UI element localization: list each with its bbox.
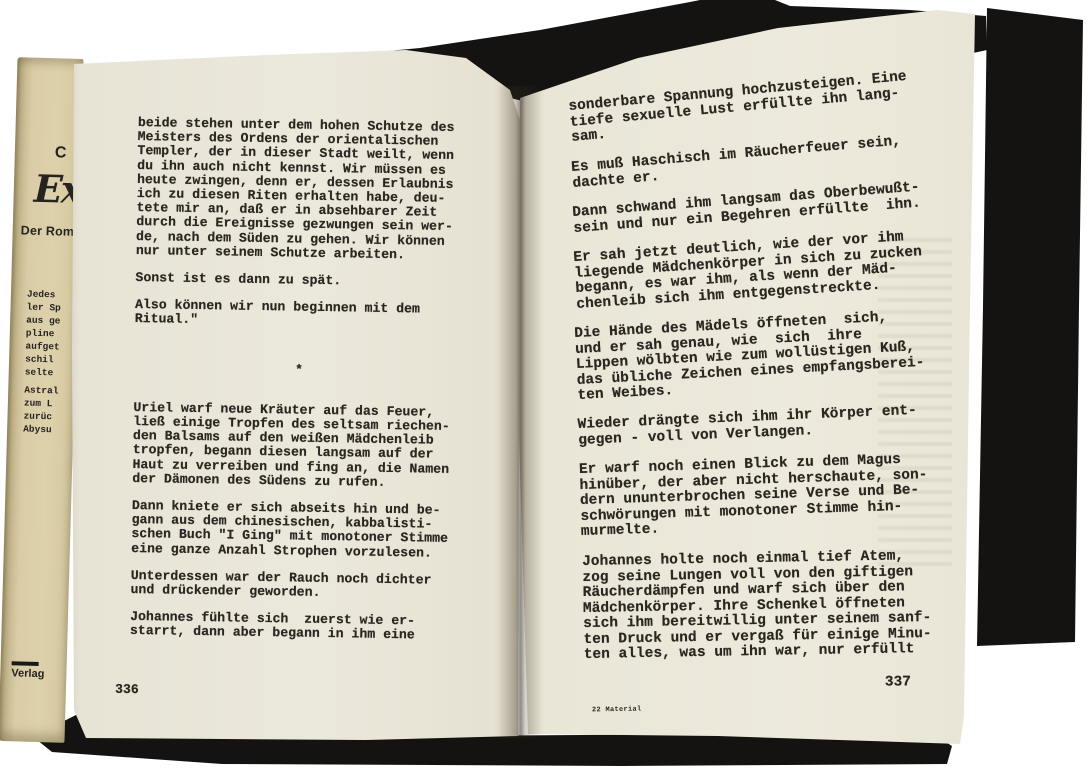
paragraph: Uriel warf neue Kräuter auf das Feuer, l… [132, 401, 463, 491]
paragraph: Johannes holte noch einmal tief Atem, zo… [582, 549, 926, 663]
paragraph: beide stehen unter dem hohen Schutze des… [136, 116, 468, 263]
jacket-divider-rule [12, 661, 39, 666]
paragraph: Er sah jetzt deutlich, wie der vor ihm l… [573, 229, 926, 313]
paragraph: Also können wir nun beginnen mit dem Rit… [135, 298, 465, 332]
jacket-blurb-fragment: Astral zum L zurüc Abysu [23, 384, 59, 437]
jacket-author-fragment: C [55, 144, 67, 162]
paragraph: Unterdessen war der Rauch noch dichter u… [130, 569, 460, 603]
jacket-publisher-fragment: Verlag [11, 667, 44, 680]
section-separator-star: * [134, 361, 464, 380]
paragraph: Er warf noch einen Blick zu dem Magus hi… [579, 452, 926, 540]
paragraph: Die Hände des Mädels öffneten sich, und … [574, 308, 927, 404]
paragraph: Wieder drängte sich ihm ihr Körper ent- … [577, 403, 925, 449]
page-number-right: 337 [565, 675, 925, 694]
page-gutter-shadow [498, 86, 542, 738]
right-page-text: sonderbare Spannung hochzusteigen. Eine … [565, 100, 925, 693]
paragraph: Johannes fühlte sich zuerst wie er- star… [130, 610, 460, 644]
dust-jacket-spine: C Ex Der Rom Jedes ler Sp aus ge pline a… [0, 57, 84, 743]
book-photo: C Ex Der Rom Jedes ler Sp aus ge pline a… [0, 0, 1088, 768]
paragraph: Dann kniete er sich abseits hin und be- … [131, 499, 462, 561]
book-back-board [975, 6, 1087, 648]
left-page-text: beide stehen unter dem hohen Schutze des… [129, 116, 468, 702]
jacket-blurb-fragment: Jedes ler Sp aus ge pline aufget schil s… [25, 288, 62, 380]
paragraph: Dann schwand ihm langsam das Oberbewußt-… [572, 180, 925, 237]
paragraph: Sonst ist es dann zu spät. [135, 271, 465, 290]
printer-signature-mark: 22 Material [592, 706, 642, 715]
jacket-subtitle-fragment: Der Rom [21, 223, 75, 238]
